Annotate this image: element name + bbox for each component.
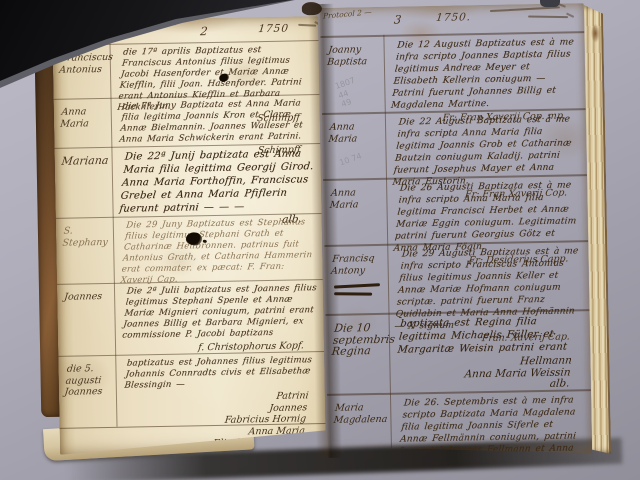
ink-blot xyxy=(302,2,322,15)
entry-text-cell: Die 26 Augusti Baptizata est à me infra … xyxy=(386,176,588,244)
entry-text: die 7ª Juny Baptizata est Anna Maria fil… xyxy=(119,98,315,146)
entry-text-cell: Die 29 Augusti Baptizatus est à me infra… xyxy=(387,242,589,313)
entry-name: Maria Magdalena xyxy=(333,402,389,426)
entry-text-cell: Die 22 Augusti Baptizata est à me infra … xyxy=(385,110,587,178)
entry-text-cell: baptizata est Regina filia legittima Mic… xyxy=(389,311,591,393)
entry-text-cell: Die 26. Septembris est à me infra script… xyxy=(390,391,592,457)
register-entry: Anna MariaDie 26 Augusti Baptizata est à… xyxy=(323,174,588,245)
page-right: Protocol 2 — 3 1750. Joanny Baptista1807… xyxy=(320,3,592,458)
entry-name: S. Stephany xyxy=(62,225,112,249)
entries-table-right: Joanny Baptista1807 44 49Die 12 Augusti … xyxy=(320,31,592,458)
entry-text: baptizata est Regina filia legittima Mic… xyxy=(397,314,584,356)
entry-text-cell: Die 12 Augusti Baptizatus est à me infra… xyxy=(383,33,585,112)
entry-name: Joannes xyxy=(64,291,113,303)
page-right-header: Protocol 2 — 3 1750. xyxy=(320,3,584,34)
entry-name-cell: die 5. augusti Joannes xyxy=(58,356,116,428)
entry-name-cell: Anna Maria xyxy=(54,99,112,148)
ink-scrawl xyxy=(528,15,568,18)
name-strike-marks xyxy=(332,284,386,295)
register-entry: Anna Mariadie 7ª Juny Baptizata est Anna… xyxy=(53,94,320,148)
entry-name: Joanny Baptista xyxy=(327,44,383,68)
year-label: 1750 xyxy=(258,23,290,36)
entry-name: Anna Maria xyxy=(328,121,384,145)
entry-name-cell: Joannes xyxy=(57,284,115,356)
entry-text: baptizatus est Johannes filius legitimus… xyxy=(124,355,318,392)
entry-text-cell: Die 2ª Julii baptizatus est Joannes fili… xyxy=(114,280,324,355)
register-entry: Joanny Baptista1807 44 49Die 12 Augusti … xyxy=(320,31,585,113)
corner-note: Protocol 2 — xyxy=(323,7,372,20)
ink-scrawl xyxy=(298,24,316,27)
entry-name: Anna Maria xyxy=(60,106,110,130)
page-number: 2 xyxy=(200,24,209,38)
pencil-note: 1807 44 49 xyxy=(334,68,386,110)
entry-name: die 5. augusti Joannes xyxy=(64,363,116,398)
entry-text-cell: Die 22ª Junij baptizata est Anna Maria f… xyxy=(111,144,321,217)
entry-text-cell: baptizatus est Johannes filius legitimus… xyxy=(115,352,325,427)
entry-name-cell: S. Stephany xyxy=(56,218,114,284)
entry-text: Die 22ª Junij baptizata est Anna Maria f… xyxy=(119,147,317,216)
entry-name-cell: Mariana xyxy=(54,148,112,218)
entry-name-cell: Joanny Baptista1807 44 49 xyxy=(320,37,384,113)
entry-name-cell: Die 10 septembris Regina xyxy=(326,315,390,394)
register-entry: Maria MagdalenaDie 26. Septembris est à … xyxy=(327,389,592,458)
photo-frame: 2 1750 Franciscus Antoniusdie 17ª aprili… xyxy=(0,0,640,480)
entry-name-cell: Francisq Antony xyxy=(324,246,388,314)
entry-name: Mariana xyxy=(61,155,110,167)
entry-name-cell: Anna Maria xyxy=(323,180,387,245)
entry-text-cell: die 17ª aprilis Baptizatus est Franciscu… xyxy=(110,41,320,98)
entry-text-cell: Die 29 Juny Baptizatus est Stephanus fil… xyxy=(113,214,323,283)
register-entry: Francisq AntonyDie 29 Augusti Baptizatus… xyxy=(324,240,589,314)
register-entry: Die 10 septembris Reginabaptizata est Re… xyxy=(325,309,590,394)
top-blemish xyxy=(540,0,560,7)
register-entry: JoannesDie 2ª Julii baptizatus est Joann… xyxy=(57,279,324,356)
entry-signature: Hellmann Anna Maria Weissin alb. xyxy=(398,355,585,393)
register-entry: MarianaDie 22ª Junij baptizata est Anna … xyxy=(54,143,321,218)
entry-name: Francisq Antony xyxy=(330,253,386,277)
entry-text: Die 2ª Julii baptizatus est Joannes fili… xyxy=(122,283,319,342)
entry-text: Die 12 Augusti Baptizatus est à me infra… xyxy=(390,36,580,112)
register-entry: S. StephanyDie 29 Juny Baptizatus est St… xyxy=(56,213,323,284)
entry-name-cell: Anna Maria10 74 xyxy=(322,114,386,179)
page-number: 3 xyxy=(393,12,402,26)
year-label: 1750. xyxy=(435,11,471,24)
ink-scrawl xyxy=(490,6,560,12)
register-entry: Anna Maria10 74Die 22 Augusti Baptizata … xyxy=(322,108,587,179)
entry-name: Die 10 septembris Regina xyxy=(331,322,389,358)
register-book: 2 1750 Franciscus Antoniusdie 17ª aprili… xyxy=(32,0,612,467)
pencil-note: 10 74 xyxy=(338,144,384,168)
entry-name: Anna Maria xyxy=(329,187,385,211)
page-left: 2 1750 Franciscus Antoniusdie 17ª aprili… xyxy=(52,16,326,455)
entry-text: Die 29 Juny Baptizatus est Stephanus fil… xyxy=(120,217,318,287)
entry-text-cell: die 7ª Juny Baptizata est Anna Maria fil… xyxy=(111,95,321,147)
register-entry: die 5. augusti Joannesbaptizatus est Joh… xyxy=(58,351,325,428)
